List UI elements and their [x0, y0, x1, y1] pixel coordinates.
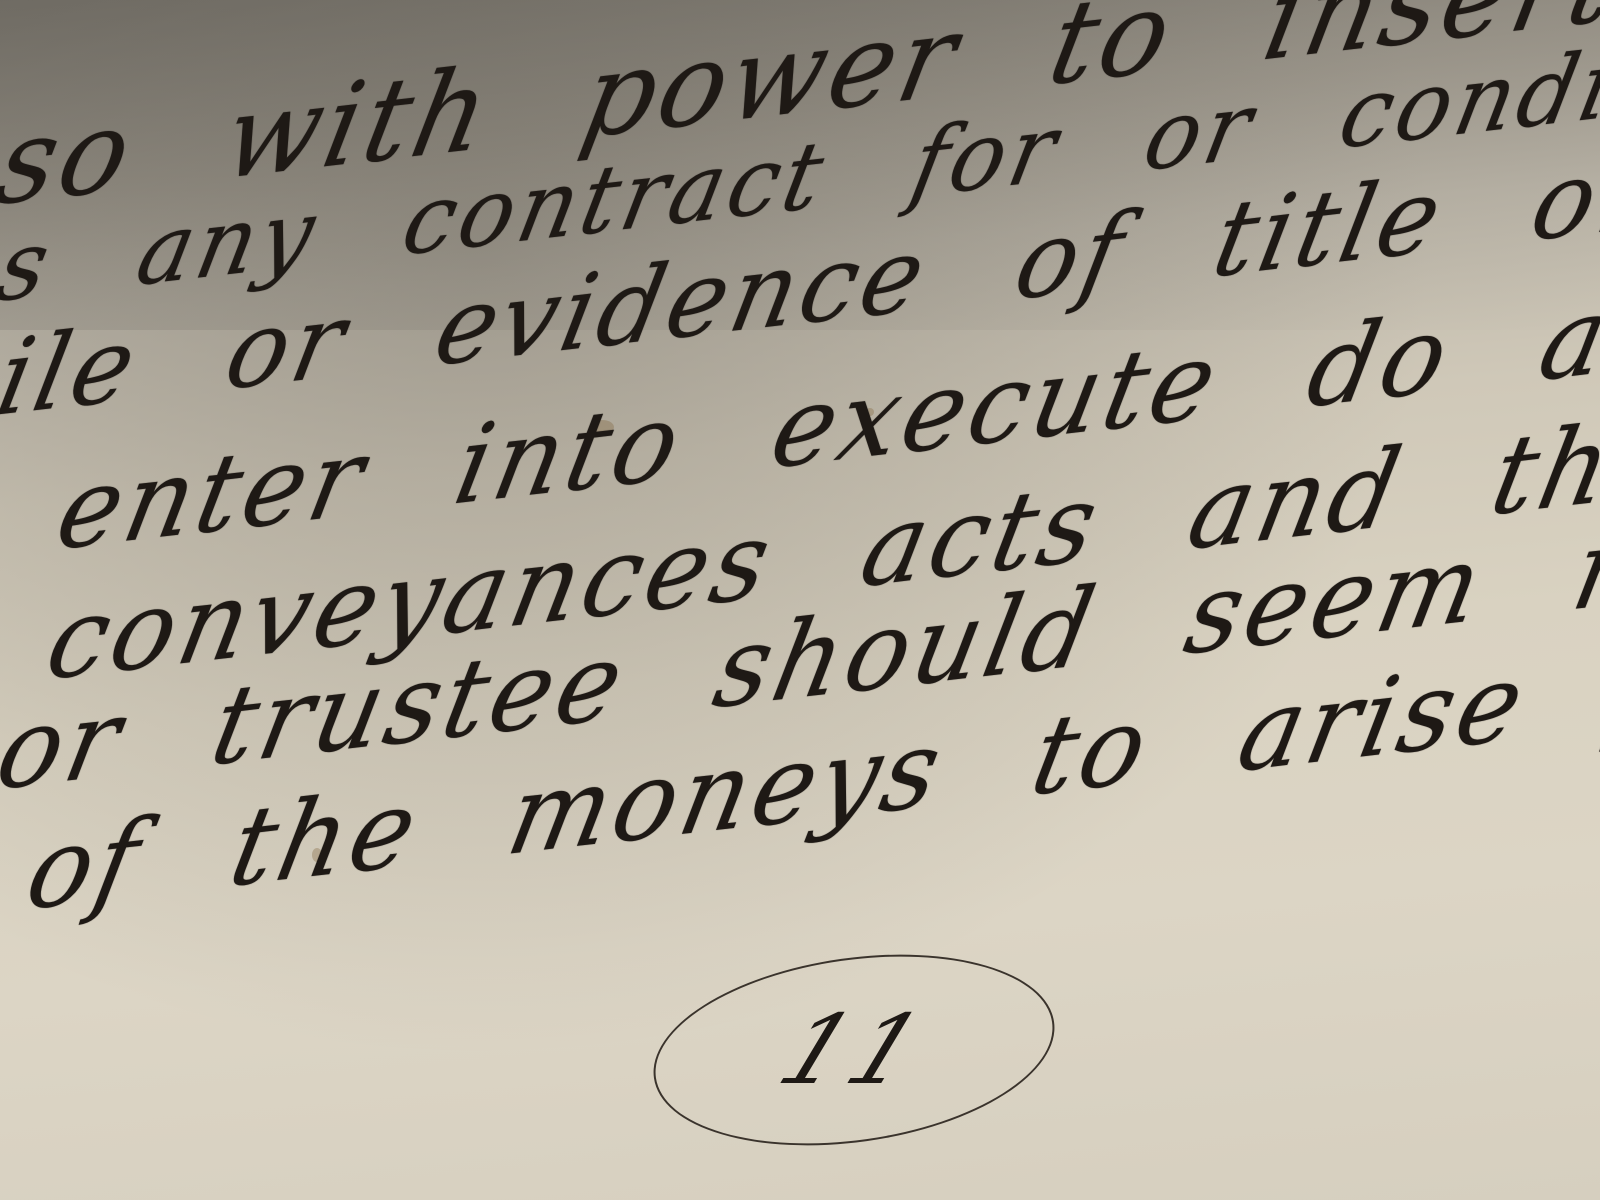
page-number-oval: 11 [641, 931, 1067, 1169]
manuscript-page: so with power to insert a s any contract… [0, 0, 1600, 1200]
word: of [17, 796, 153, 935]
word: or [0, 674, 135, 815]
word: ile [0, 303, 149, 441]
word: or [216, 279, 358, 415]
word: and [1530, 255, 1600, 406]
word: s [0, 208, 62, 324]
word: to [1022, 681, 1161, 821]
word: the [221, 764, 431, 912]
page-number: 11 [764, 994, 943, 1106]
word: or [1522, 130, 1600, 266]
word: of [1005, 190, 1136, 325]
word: or [1136, 71, 1265, 193]
word: do [1298, 290, 1463, 433]
word: into [445, 377, 694, 529]
